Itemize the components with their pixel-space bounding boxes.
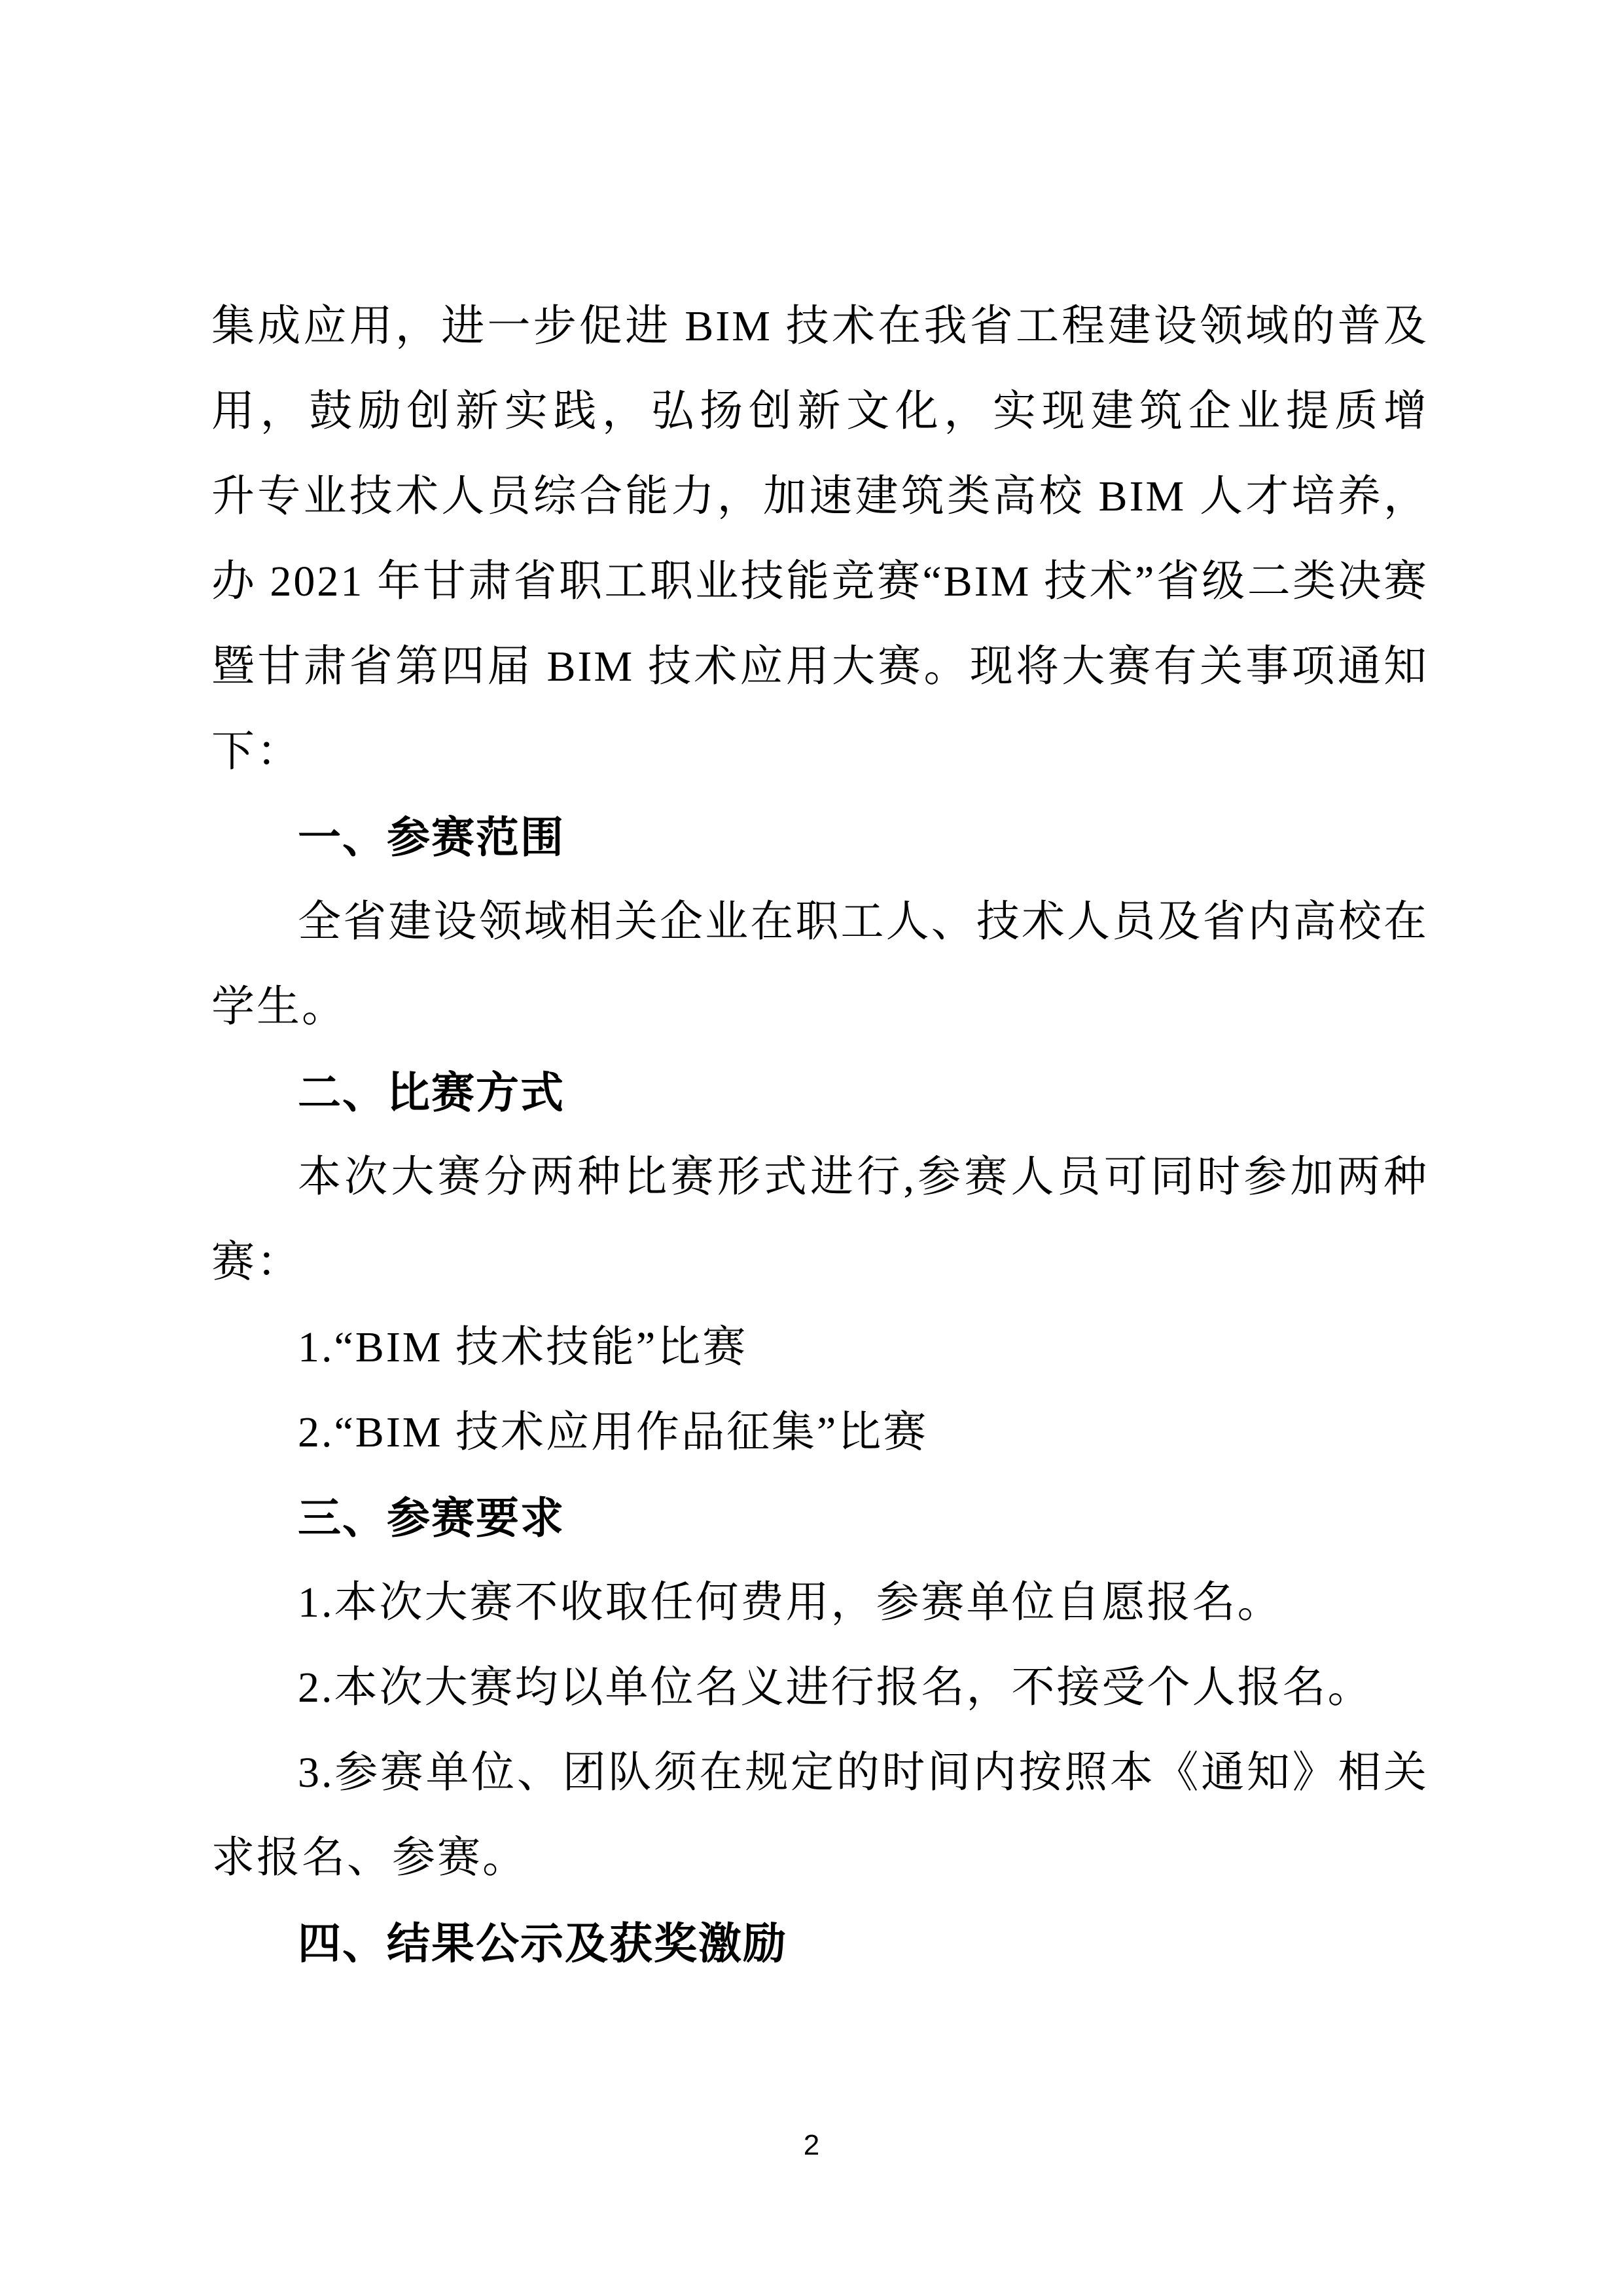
list-item-line: 1.本次大赛不收取任何费用，参赛单位自愿报名。	[211, 1560, 1429, 1645]
body-line: 学生。	[211, 965, 1429, 1050]
section-heading-1: 一、参赛范围	[211, 795, 1429, 880]
body-line: 集成应用，进一步促进 BIM 技术在我省工程建设领域的普及应	[211, 284, 1429, 369]
body-line: 办 2021 年甘肃省职工职业技能竞赛“BIM 技术”省级二类决赛	[211, 539, 1429, 624]
list-item-line: 1.“BIM 技术技能”比赛	[211, 1305, 1429, 1390]
body-line: 用，鼓励创新实践，弘扬创新文化，实现建筑企业提质增效，提	[211, 369, 1429, 454]
body-line: 暨甘肃省第四届 BIM 技术应用大赛。现将大赛有关事项通知如	[211, 624, 1429, 709]
body-line: 本次大赛分两种比赛形式进行,参赛人员可同时参加两种比	[211, 1135, 1429, 1220]
section-heading-2: 二、比赛方式	[211, 1050, 1429, 1135]
page-number: 2	[0, 2126, 1623, 2165]
list-item-line: 2.“BIM 技术应用作品征集”比赛	[211, 1390, 1429, 1475]
body-line: 求报名、参赛。	[211, 1816, 1429, 1901]
list-item-line: 2.本次大赛均以单位名义进行报名，不接受个人报名。	[211, 1645, 1429, 1731]
body-line: 下：	[211, 709, 1429, 795]
document-page-body: 集成应用，进一步促进 BIM 技术在我省工程建设领域的普及应 用，鼓励创新实践，…	[211, 284, 1429, 1986]
section-heading-4: 四、结果公示及获奖激励	[211, 1901, 1429, 1986]
body-line: 升专业技术人员综合能力，加速建筑类高校 BIM 人才培养，特举	[211, 454, 1429, 539]
list-item-line: 3.参赛单位、团队须在规定的时间内按照本《通知》相关要	[211, 1731, 1429, 1816]
body-line: 赛：	[211, 1220, 1429, 1305]
section-heading-3: 三、参赛要求	[211, 1475, 1429, 1560]
body-line: 全省建设领域相关企业在职工人、技术人员及省内高校在校	[211, 880, 1429, 965]
